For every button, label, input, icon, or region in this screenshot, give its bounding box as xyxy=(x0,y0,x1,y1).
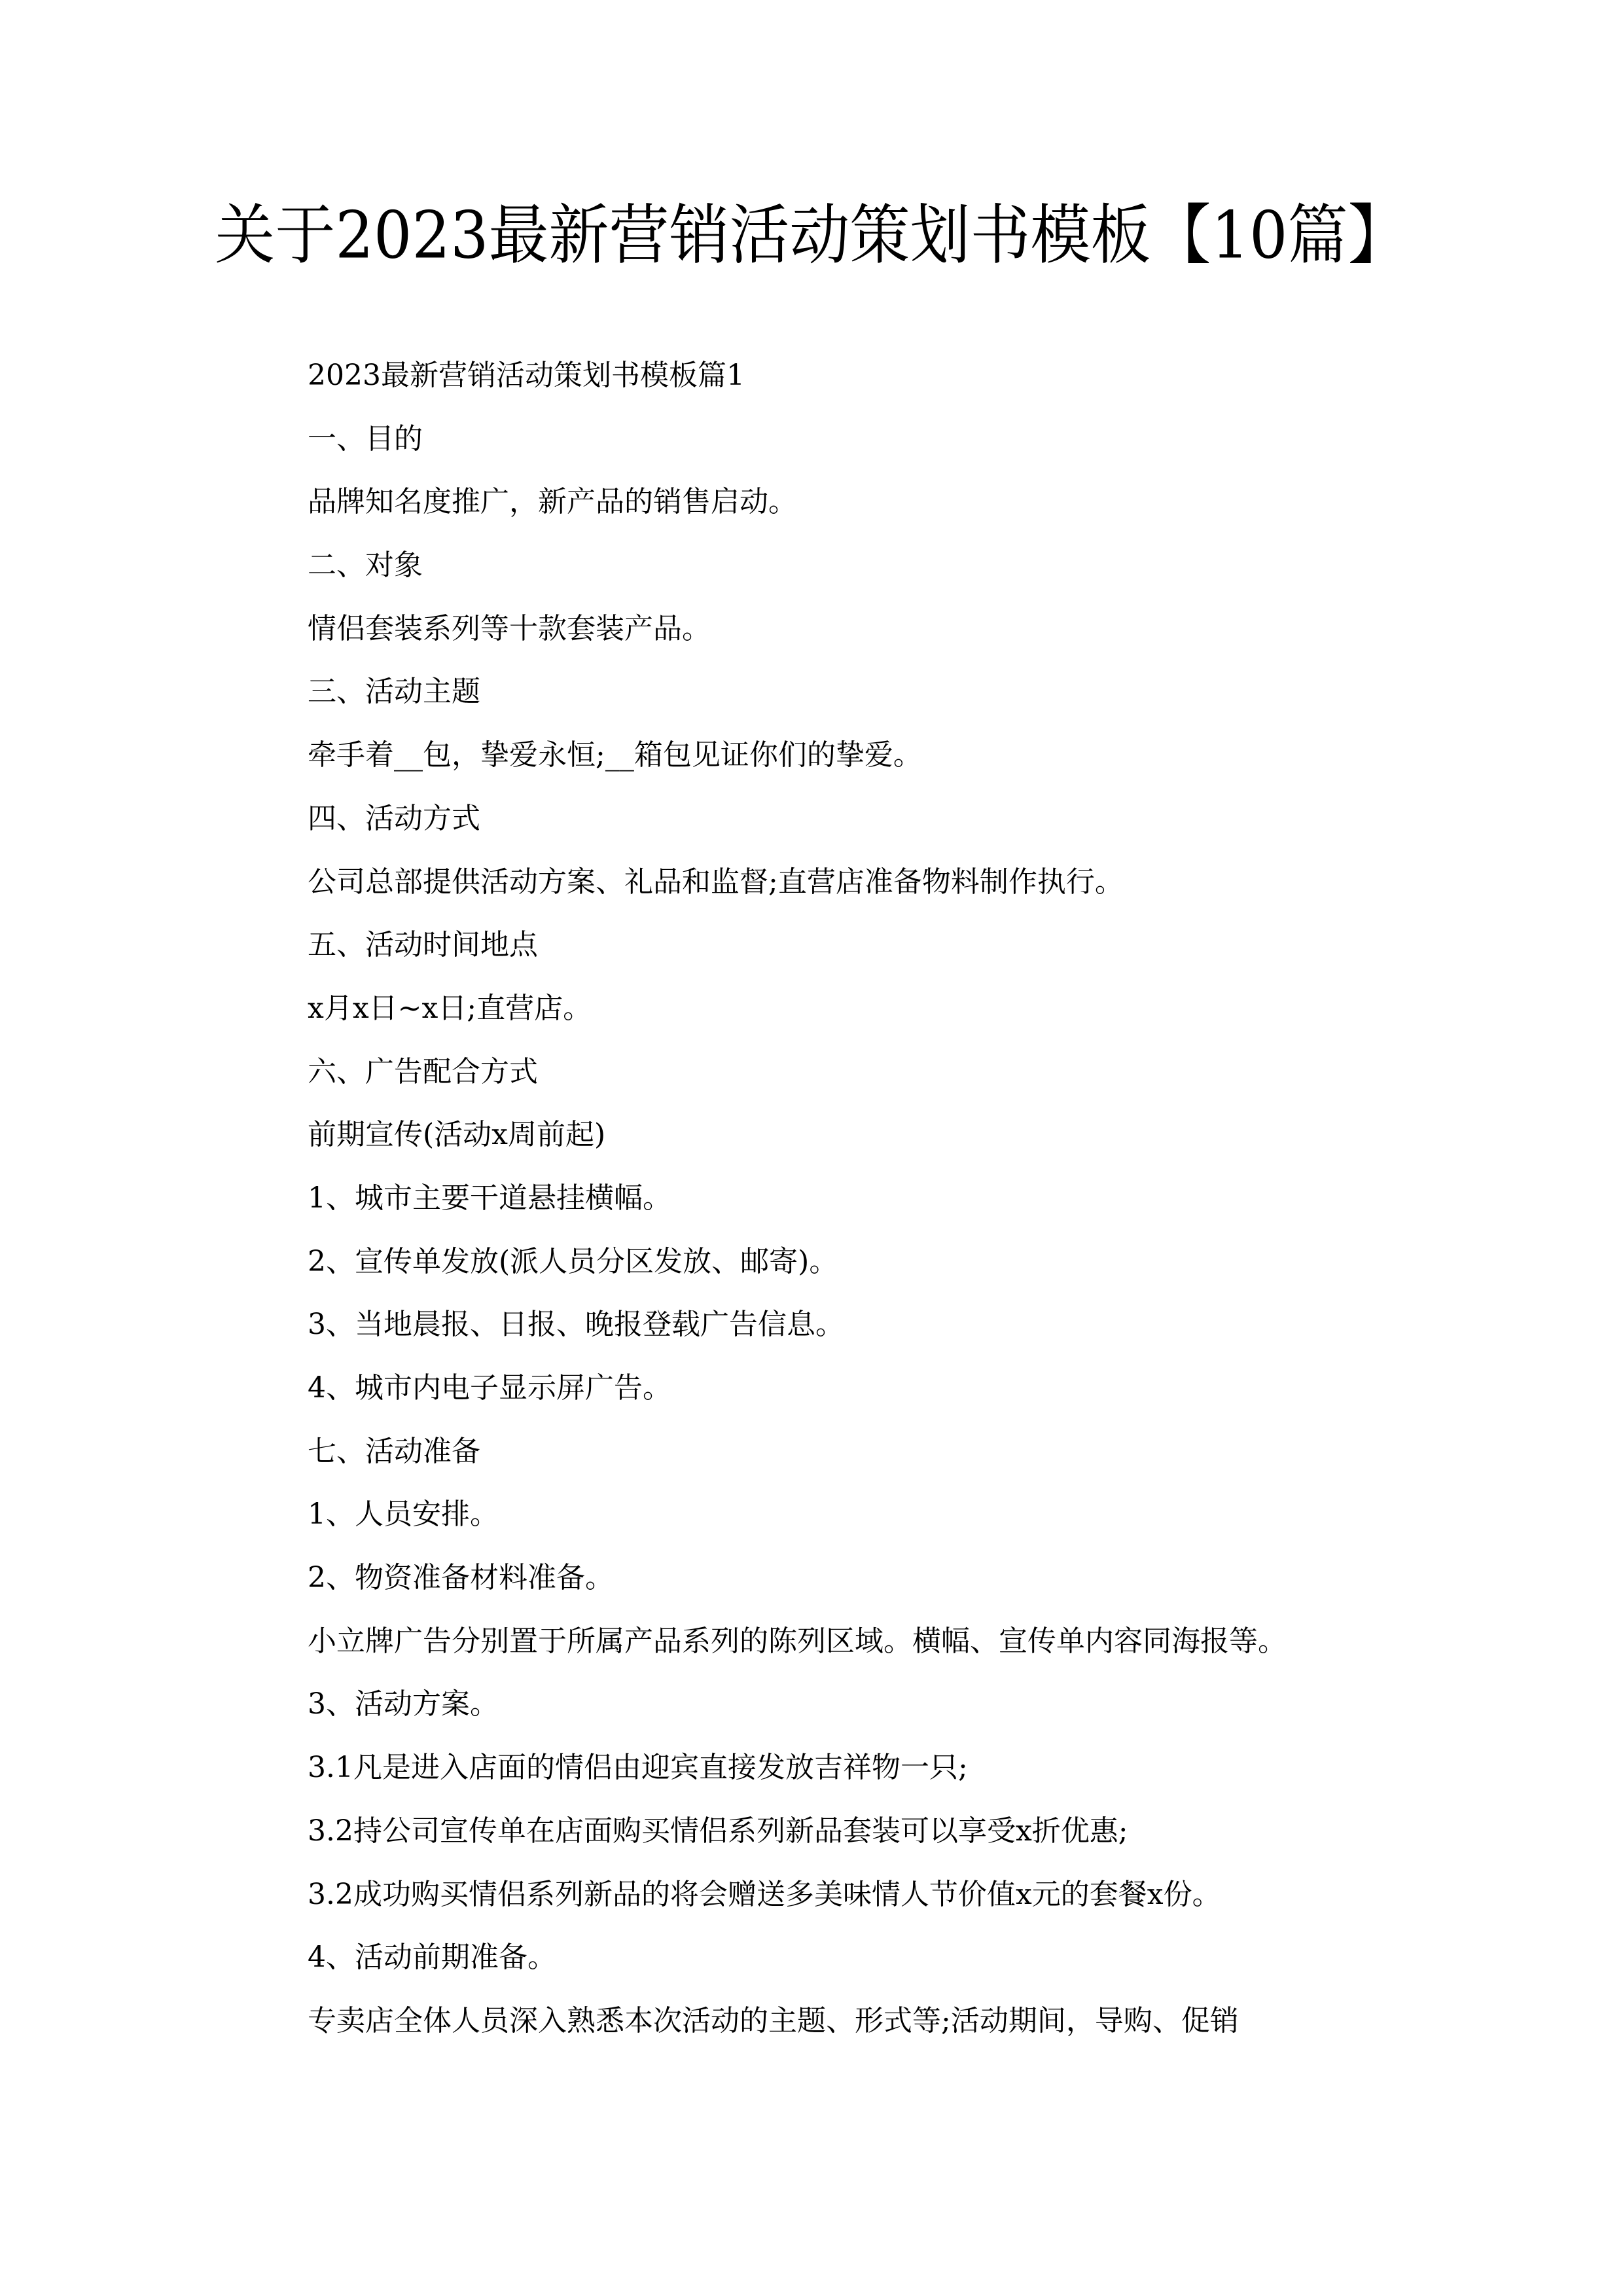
document-title: 关于2023最新营销活动策划书模板【10篇】 xyxy=(0,190,1623,281)
list-item: 4、活动前期准备。 xyxy=(308,1934,1394,1998)
heading-time-place: 五、活动时间地点 xyxy=(308,922,1394,985)
list-item: 1、人员安排。 xyxy=(308,1491,1394,1554)
paragraph-target: 情侣套装系列等十款套装产品。 xyxy=(308,605,1394,669)
heading-preparation: 七、活动准备 xyxy=(308,1428,1394,1492)
heading-method: 四、活动方式 xyxy=(308,795,1394,859)
document-body: 2023最新营销活动策划书模板篇1 一、目的 品牌知名度推广，新产品的销售启动。… xyxy=(308,352,1394,2061)
list-item: 1、城市主要干道悬挂横幅。 xyxy=(308,1175,1394,1238)
list-item: 3.1凡是进入店面的情侣由迎宾直接发放吉祥物一只; xyxy=(308,1744,1394,1808)
heading-target: 二、对象 xyxy=(308,542,1394,605)
paragraph-time-place: x月x日~x日;直营店。 xyxy=(308,985,1394,1049)
paragraph-theme: 牵手着__包，挚爱永恒;__箱包见证你们的挚爱。 xyxy=(308,732,1394,795)
list-item: 3.2成功购买情侣系列新品的将会赠送多美味情人节价值x元的套餐x份。 xyxy=(308,1871,1394,1935)
heading-purpose: 一、目的 xyxy=(308,416,1394,479)
list-item: 3.2持公司宣传单在店面购买情侣系列新品套装可以享受x折优惠; xyxy=(308,1808,1394,1871)
paragraph-pre-promotion: 前期宣传(活动x周前起) xyxy=(308,1111,1394,1175)
heading-advertising: 六、广告配合方式 xyxy=(308,1049,1394,1112)
document-page: 关于2023最新营销活动策划书模板【10篇】 2023最新营销活动策划书模板篇1… xyxy=(0,0,1623,2296)
list-item: 3、当地晨报、日报、晚报登载广告信息。 xyxy=(308,1301,1394,1365)
paragraph-staff: 专卖店全体人员深入熟悉本次活动的主题、形式等;活动期间，导购、促销 xyxy=(308,1998,1394,2061)
paragraph-purpose: 品牌知名度推广，新产品的销售启动。 xyxy=(308,478,1394,542)
paragraph-method: 公司总部提供活动方案、礼品和监督;直营店准备物料制作执行。 xyxy=(308,859,1394,922)
list-item: 4、城市内电子显示屏广告。 xyxy=(308,1365,1394,1428)
section-heading-part1: 2023最新营销活动策划书模板篇1 xyxy=(308,352,1394,416)
list-item: 2、物资准备材料准备。 xyxy=(308,1554,1394,1618)
paragraph-materials: 小立牌广告分别置于所属产品系列的陈列区域。横幅、宣传单内容同海报等。 xyxy=(308,1618,1394,1681)
list-item: 3、活动方案。 xyxy=(308,1681,1394,1744)
list-item: 2、宣传单发放(派人员分区发放、邮寄)。 xyxy=(308,1238,1394,1302)
heading-theme: 三、活动主题 xyxy=(308,668,1394,732)
